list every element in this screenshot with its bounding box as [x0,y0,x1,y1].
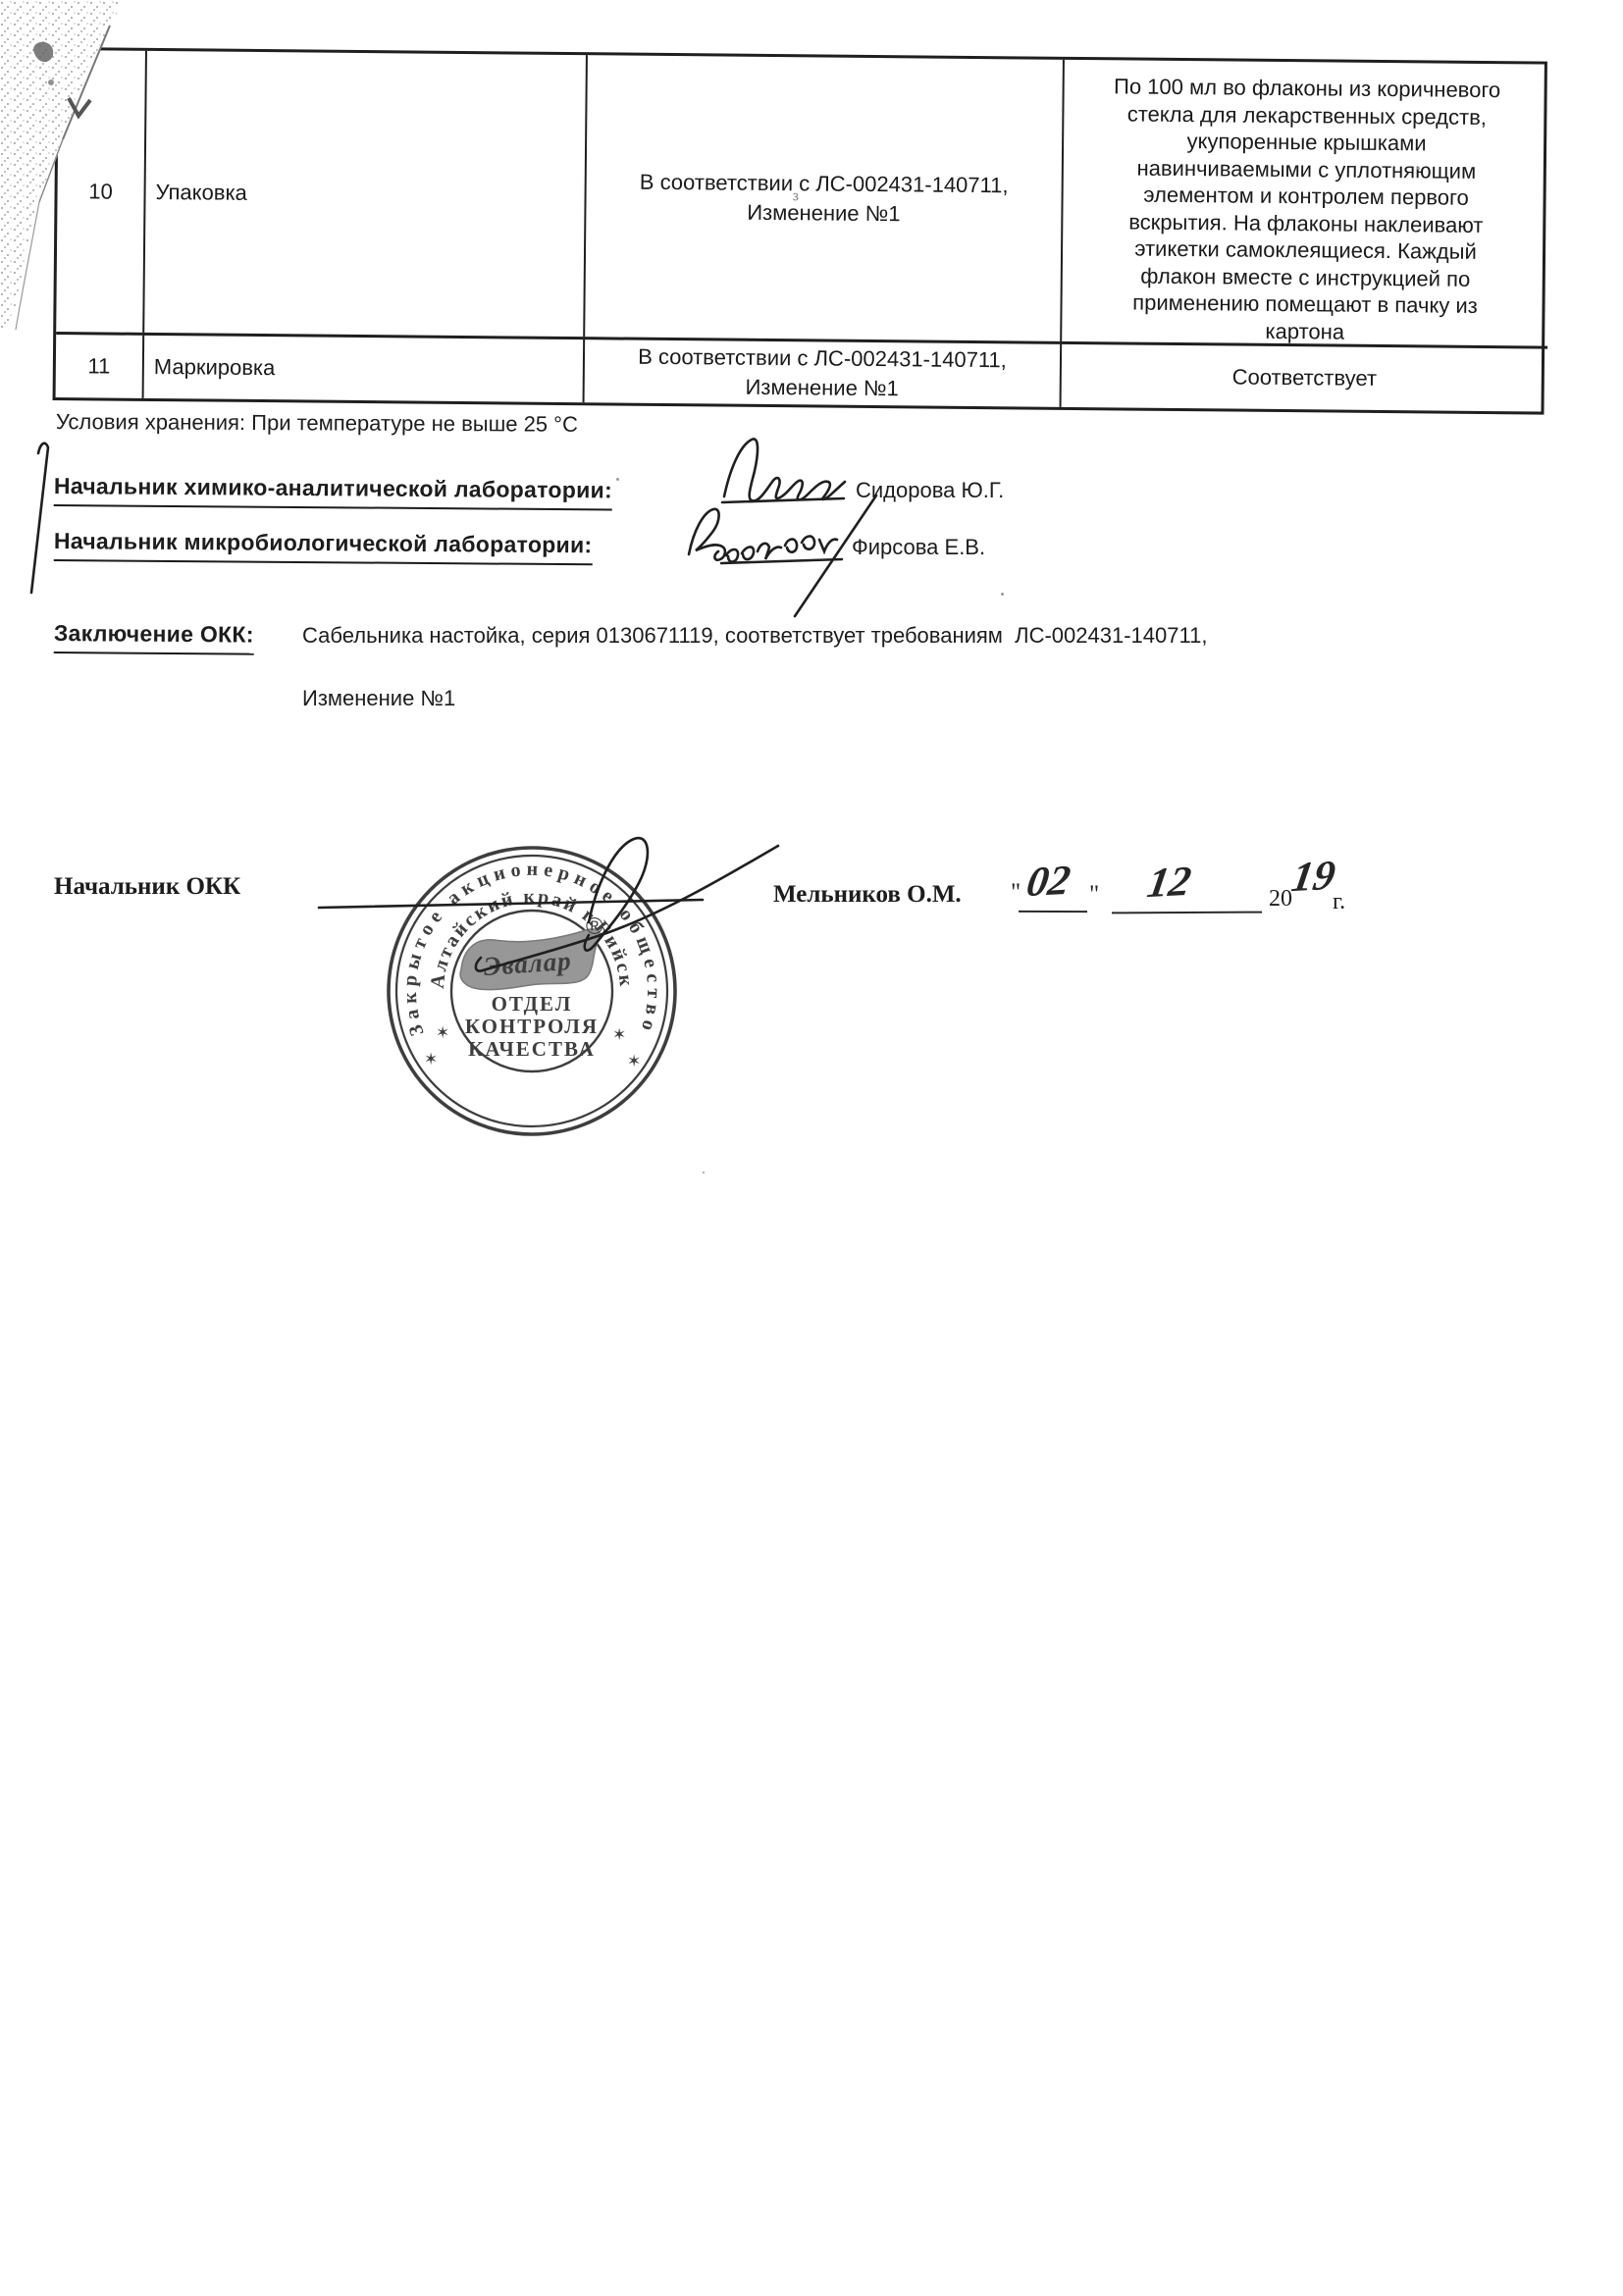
qc-parameters-table: 10 Упаковка В соответствии с ЛС-002431-1… [53,47,1547,415]
date-month-underline [1112,912,1262,914]
scan-speck [1417,167,1420,170]
pen-stroke [31,444,48,593]
spec-text: В соответствии с ЛС-002431-140711, Измен… [638,342,1007,405]
result-text: По 100 мл во флаконы из коричневого стек… [1112,73,1501,346]
okk-conclusion-label: Заключение ОКК: [54,620,254,655]
signature-sidorova-firsova [677,420,888,631]
fold-ink-dot [48,79,54,85]
scanned-qc-certificate-page: { "page": { "paper_color": "#ffffff", "i… [0,0,1623,2296]
okk-conclusion-text: Сабельника настойка, серия 0130671119, с… [302,620,1207,714]
signature-sidorova-underline [722,498,844,502]
stamp-star-icon: ✶ [424,1050,438,1070]
pen-stroke-left-margin [18,430,77,606]
date-year-handwritten: 19 [1288,852,1338,902]
date-year-suffix: г. [1333,889,1345,915]
stamp-center-line2: КОНТРОЛЯ [465,1015,599,1038]
stamp-star-icon: ✶ [436,1023,449,1043]
stamp-star-icon: ✶ [612,1025,626,1045]
okk-chief-label: Начальник ОКК [54,873,240,901]
row10-spec-cell: В соответствии с ЛС-002431-140711, Измен… [583,55,1063,341]
signature-firsova-underline [721,559,842,563]
row11-spec-cell: В соответствии с ЛС-002431-140711, Измен… [583,337,1061,407]
scan-speck [1001,593,1004,596]
date-day-handwritten: 02 [1023,857,1073,907]
row11-result-cell: Соответствует [1060,341,1548,412]
row10-result-cell: По 100 мл во флаконы из коричневого стек… [1060,60,1550,346]
fold-speckle-field [0,0,124,334]
scan-stray-mark: з [793,187,800,203]
signature-sidorova-stroke [724,439,845,500]
date-open-quote: " [1011,879,1021,907]
okk-chief-name: Мельников О.М. [773,881,962,909]
signature-firsova-stroke [689,509,837,562]
micro-lab-head-label: Начальник микробиологической лаборатории… [54,528,593,565]
scan-corner-fold-artifact [0,0,226,422]
signature-firsova-tail [795,496,876,616]
scan-speck [616,478,619,481]
stamp-star-icon: ✶ [627,1052,641,1071]
signature-melnikov [314,827,795,999]
chem-lab-head-label: Начальник химико-аналитической лаборатор… [54,473,612,510]
scan-speck [703,1172,705,1174]
conclusion-line2: Изменение №1 [302,686,455,710]
date-month-handwritten: 12 [1144,858,1194,908]
result-text: Соответствует [1232,364,1378,392]
stamp-center-line3: КАЧЕСТВА [468,1037,596,1061]
date-close-quote: " [1089,881,1099,909]
signature-melnikov-loop [585,838,648,951]
signature-melnikov-underline [319,900,703,908]
spec-text: В соответствии с ЛС-002431-140711, Измен… [639,167,1008,230]
signature-melnikov-sweep [476,846,778,971]
date-day-underline [1019,911,1087,913]
